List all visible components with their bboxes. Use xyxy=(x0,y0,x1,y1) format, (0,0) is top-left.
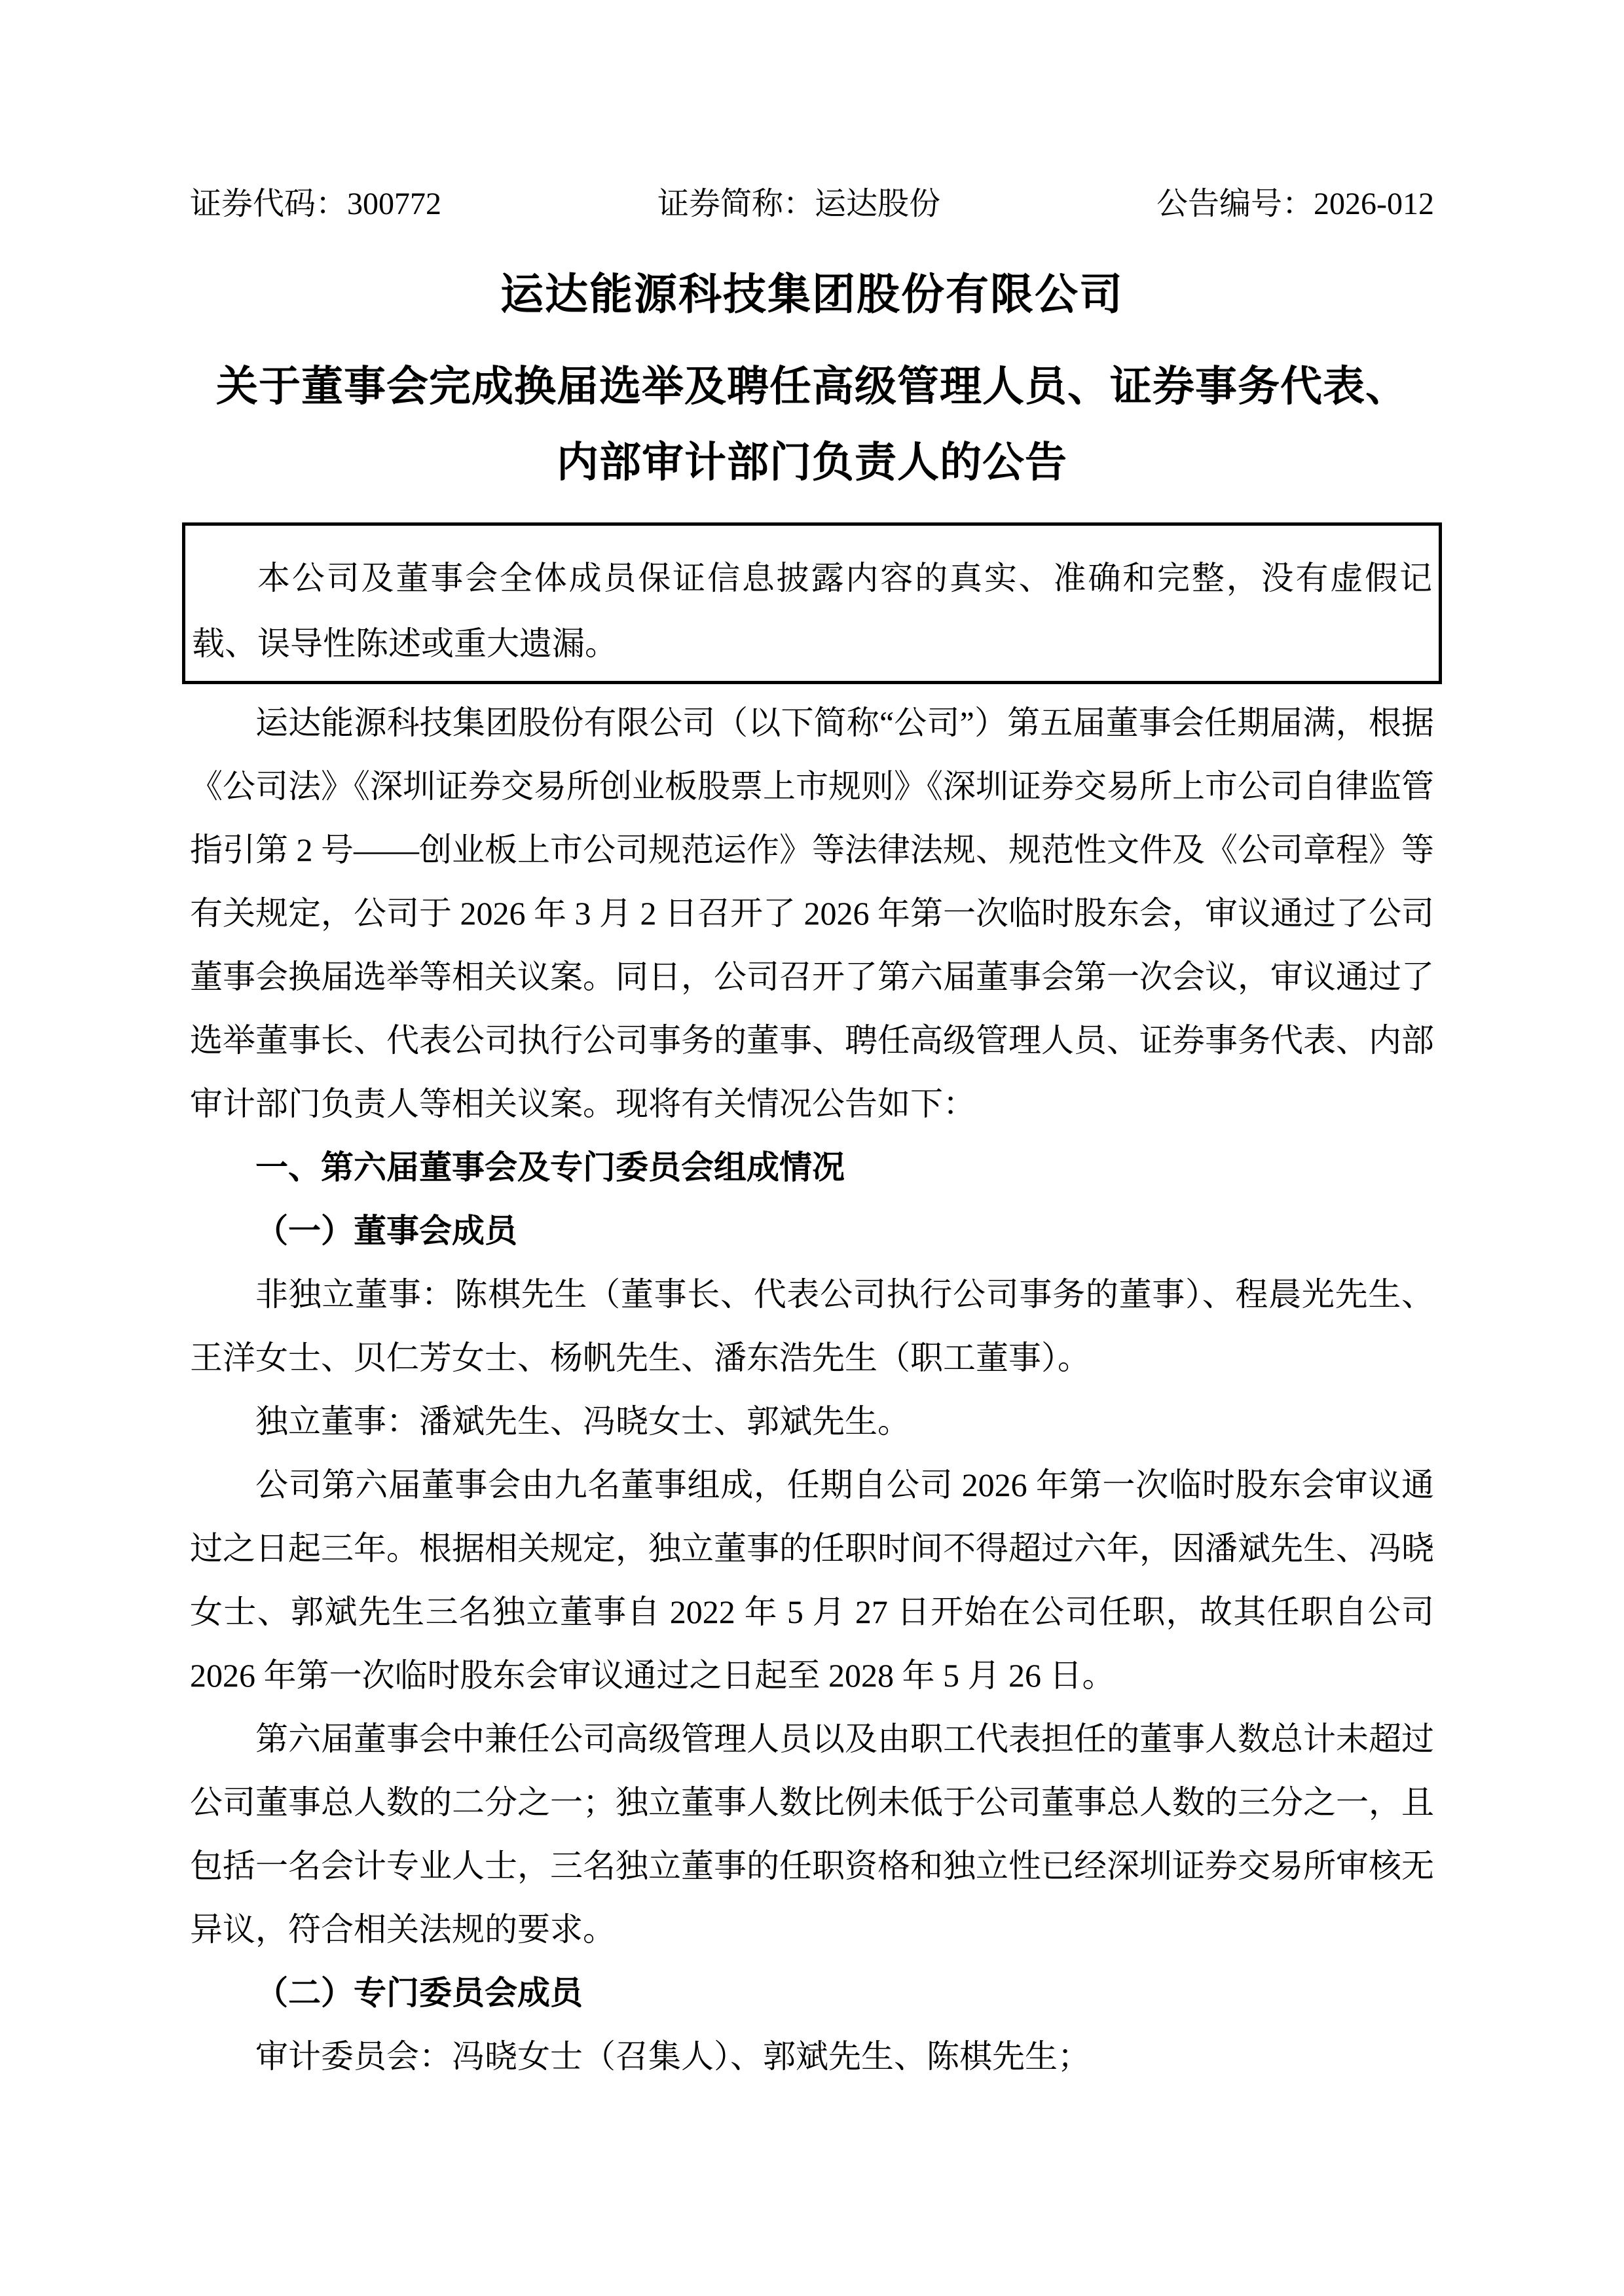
section-heading: 一、第六届董事会及专门委员会组成情况 xyxy=(190,1136,1434,1199)
section-heading: （一）董事会成员 xyxy=(190,1199,1434,1263)
body-paragraph: 非独立董事：陈棋先生（董事长、代表公司执行公司事务的董事）、程晨光先生、王洋女士… xyxy=(190,1263,1434,1390)
disclaimer-text: 本公司及董事会全体成员保证信息披露内容的真实、准确和完整，没有虚假记载、误导性陈… xyxy=(192,560,1432,662)
body-paragraph: 公司第六届董事会由九名董事组成，任期自公司 2026 年第一次临时股东会审议通过… xyxy=(190,1453,1434,1707)
announcement-page: 证券代码：300772 证券简称：运达股份 公告编号：2026-012 运达能源… xyxy=(0,0,1624,2296)
document-body: 运达能源科技集团股份有限公司（以下简称“公司”）第五届董事会任期届满，根据《公司… xyxy=(190,691,1434,2088)
body-paragraph: 审计委员会：冯晓女士（召集人）、郭斌先生、陈棋先生； xyxy=(190,2025,1434,2088)
body-paragraph: 第六届董事会中兼任公司高级管理人员以及由职工代表担任的董事人数总计未超过公司董事… xyxy=(190,1707,1434,1961)
body-paragraph: 独立董事：潘斌先生、冯晓女士、郭斌先生。 xyxy=(190,1390,1434,1453)
stock-name: 证券简称：运达股份 xyxy=(657,185,940,223)
section-heading: （二）专门委员会成员 xyxy=(190,1961,1434,2025)
stock-code: 证券代码：300772 xyxy=(190,185,441,223)
announcement-number: 公告编号：2026-012 xyxy=(1156,185,1434,223)
body-paragraph: 运达能源科技集团股份有限公司（以下简称“公司”）第五届董事会任期届满，根据《公司… xyxy=(190,691,1434,1136)
disclaimer-box: 本公司及董事会全体成员保证信息披露内容的真实、准确和完整，没有虚假记载、误导性陈… xyxy=(182,522,1442,684)
document-header-row: 证券代码：300772 证券简称：运达股份 公告编号：2026-012 xyxy=(190,185,1434,223)
company-name-title: 运达能源科技集团股份有限公司 xyxy=(0,270,1624,318)
announcement-title-line1: 关于董事会完成换届选举及聘任高级管理人员、证券事务代表、 xyxy=(0,348,1624,424)
announcement-title: 关于董事会完成换届选举及聘任高级管理人员、证券事务代表、 内部审计部门负责人的公… xyxy=(0,348,1624,500)
announcement-title-line2: 内部审计部门负责人的公告 xyxy=(0,424,1624,500)
